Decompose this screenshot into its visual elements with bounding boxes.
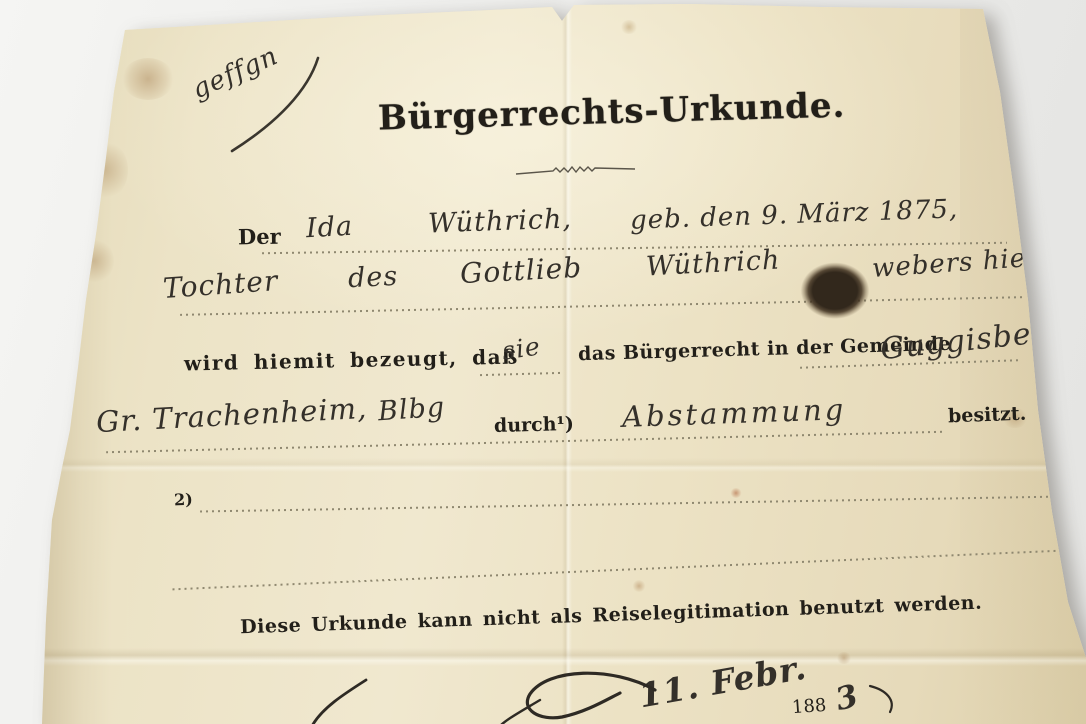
foxing-stain — [836, 652, 852, 664]
document-title: Bürgerrechts-Urkunde. — [378, 85, 846, 138]
line1-name-first: Ida — [305, 211, 354, 244]
title-divider — [516, 167, 635, 174]
line3-printed-a: wird hiemit bezeugt, daß — [184, 344, 519, 375]
line3-fill-sie: sie — [500, 331, 542, 365]
line1-printed-der: Der — [238, 224, 281, 250]
foxing-stain — [620, 20, 638, 34]
foxing-stain — [74, 238, 114, 284]
foxing-stain — [730, 488, 742, 498]
dotted-rule — [480, 371, 562, 376]
foxing-stain — [80, 140, 128, 200]
corner-note: geffgn — [188, 41, 283, 105]
horizontal-fold-crease — [40, 458, 1086, 472]
ink-blot — [796, 258, 874, 326]
photo-background: geffgn Bürgerrechts-Urkunde. Der Ida Wüt… — [0, 0, 1086, 724]
dotted-rule — [200, 494, 1066, 512]
footnote2-label: 2) — [174, 490, 193, 510]
date-year-handwritten: 3 — [832, 678, 863, 718]
line4-printed-durch: durch¹) — [494, 413, 574, 437]
line1-birth-date: geb. den 9. März 1875, — [630, 194, 959, 235]
date-year-printed: 188 — [791, 695, 827, 718]
left-edge-shading — [42, 20, 112, 724]
line4-abbr: Blbg — [377, 392, 446, 428]
document-paper: geffgn Bürgerrechts-Urkunde. Der Ida Wüt… — [0, 0, 1086, 724]
date-day-handwritten: 11. Febr. — [636, 648, 810, 716]
foxing-stain — [122, 58, 174, 100]
paper-shadow: geffgn Bürgerrechts-Urkunde. Der Ida Wüt… — [0, 0, 1086, 724]
dotted-rule — [180, 295, 1025, 316]
line1-name-last: Wüthrich, — [428, 203, 573, 239]
line2-word: Gottlieb — [459, 251, 583, 290]
line4-means: Abstammung — [621, 392, 846, 434]
line2-word: webers hier, — [871, 242, 1047, 284]
line2-word: des — [347, 261, 399, 295]
notice-text: Diese Urkunde kann nicht als Reiselegiti… — [240, 592, 983, 639]
foxing-stain — [632, 580, 646, 592]
dotted-rule — [172, 549, 1061, 591]
line2-word: Tochter — [162, 264, 279, 305]
horizontal-fold-crease — [40, 648, 1086, 666]
line4-printed-besitzt: besitzt. — [948, 403, 1027, 428]
line2-word: Wüthrich — [645, 245, 781, 283]
line4-place: Gr. Trachenheim, — [95, 391, 368, 439]
